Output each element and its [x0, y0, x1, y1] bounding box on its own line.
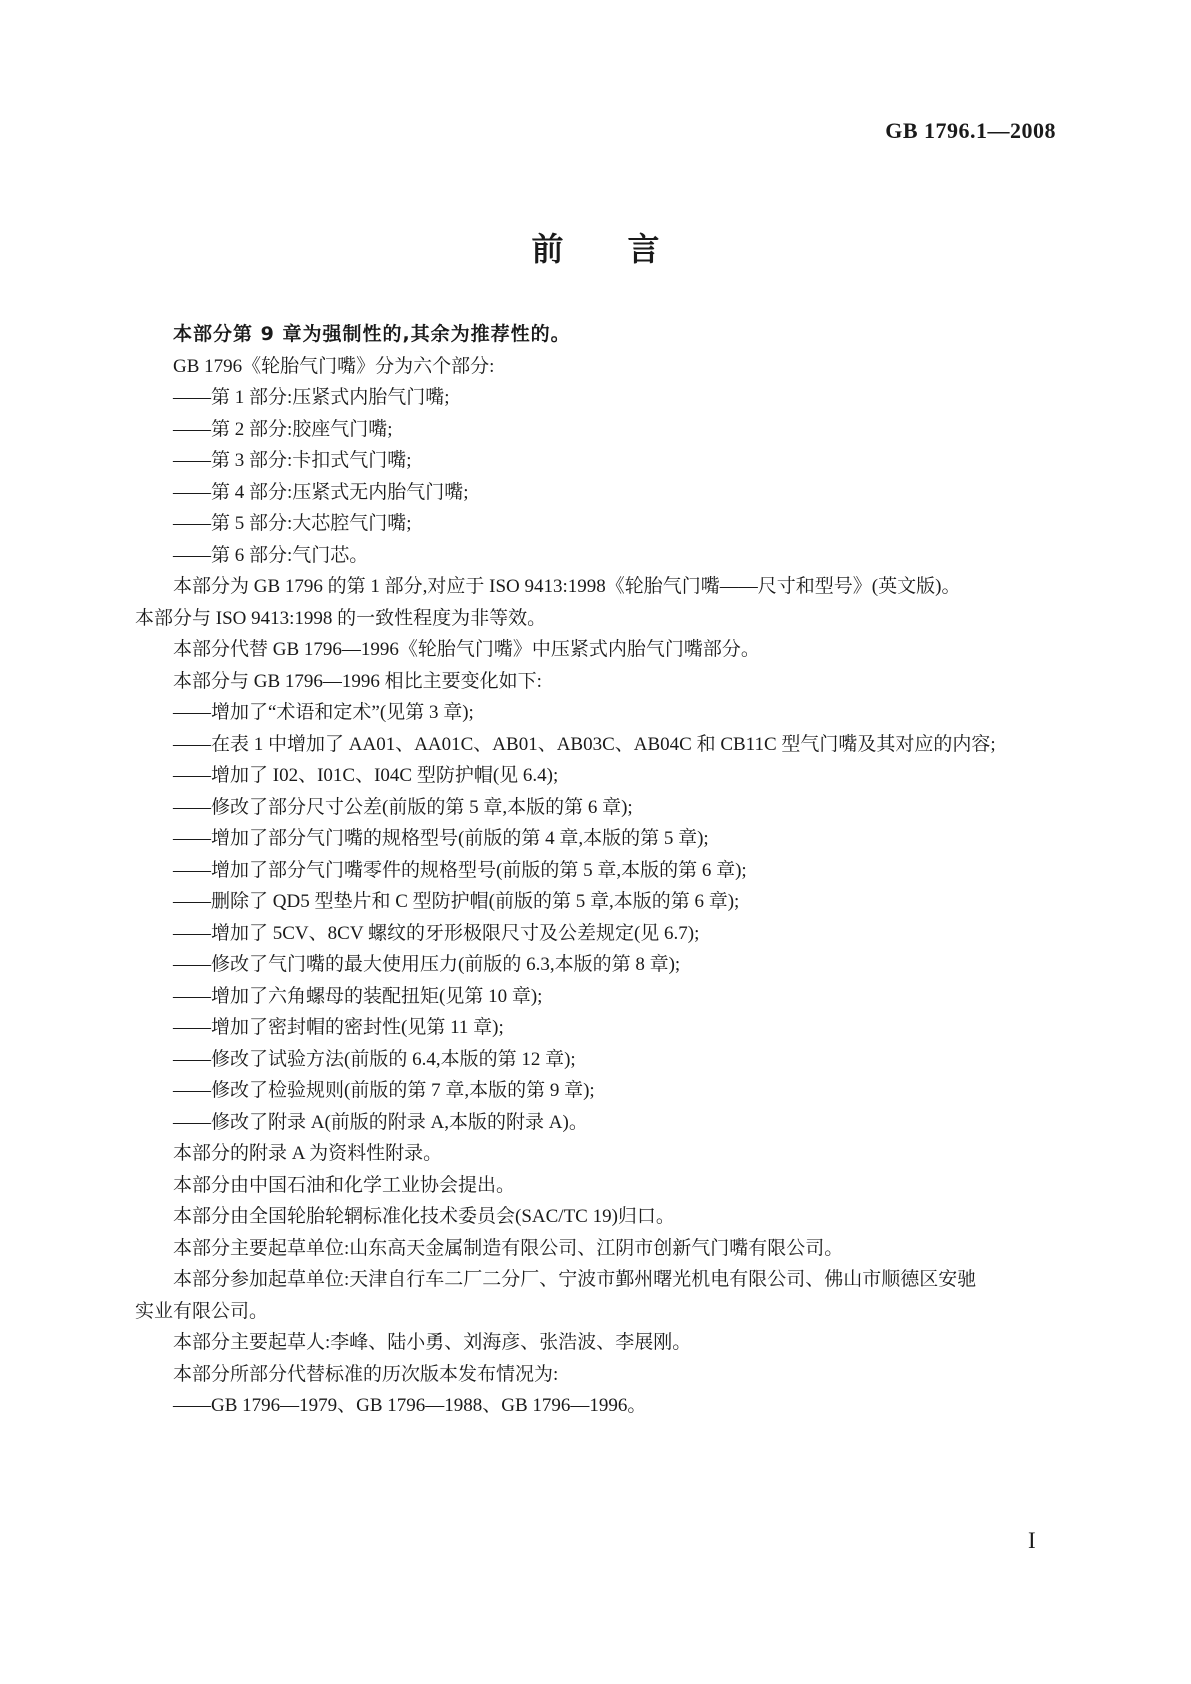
body-line: 本部分主要起草单位:山东高天金属制造有限公司、江阴市创新气门嘴有限公司。	[135, 1233, 1075, 1265]
page-number: I	[1028, 1528, 1036, 1554]
body-line: GB 1796《轮胎气门嘴》分为六个部分:	[135, 351, 1075, 383]
document-page: GB 1796.1—2008 前言 本部分第 9 章为强制性的,其余为推荐性的。…	[0, 0, 1191, 1684]
body-line: ——增加了密封帽的密封性(见第 11 章);	[135, 1012, 1075, 1044]
body-line: 本部分所部分代替标准的历次版本发布情况为:	[135, 1359, 1075, 1391]
body-line: 本部分主要起草人:李峰、陆小勇、刘海彦、张浩波、李展刚。	[135, 1327, 1075, 1359]
body-line: ——增加了 5CV、8CV 螺纹的牙形极限尺寸及公差规定(见 6.7);	[135, 918, 1075, 950]
standard-number: GB 1796.1—2008	[135, 118, 1056, 144]
body-line: 本部分与 GB 1796—1996 相比主要变化如下:	[135, 666, 1075, 698]
body-line: ——修改了检验规则(前版的第 7 章,本版的第 9 章);	[135, 1075, 1075, 1107]
body-line: ——GB 1796—1979、GB 1796—1988、GB 1796—1996…	[135, 1390, 1075, 1422]
body-line: ——第 5 部分:大芯腔气门嘴;	[135, 508, 1075, 540]
body-line: ——增加了部分气门嘴的规格型号(前版的第 4 章,本版的第 5 章);	[135, 823, 1075, 855]
body-line: ——增加了部分气门嘴零件的规格型号(前版的第 5 章,本版的第 6 章);	[135, 855, 1075, 887]
body-line: ——修改了试验方法(前版的 6.4,本版的第 12 章);	[135, 1044, 1075, 1076]
body-line: 本部分的附录 A 为资料性附录。	[135, 1138, 1075, 1170]
body-line: 本部分为 GB 1796 的第 1 部分,对应于 ISO 9413:1998《轮…	[135, 571, 1075, 603]
body-line: ——增加了“术语和定术”(见第 3 章);	[135, 697, 1075, 729]
body-line: ——第 3 部分:卡扣式气门嘴;	[135, 445, 1075, 477]
body-line: ——第 1 部分:压紧式内胎气门嘴;	[135, 382, 1075, 414]
body-line: ——第 2 部分:胶座气门嘴;	[135, 414, 1075, 446]
body-line: ——增加了六角螺母的装配扭矩(见第 10 章);	[135, 981, 1075, 1013]
body-line: 本部分参加起草单位:天津自行车二厂二分厂、宁波市鄞州曙光机电有限公司、佛山市顺德…	[135, 1264, 1075, 1296]
body-line: ——修改了气门嘴的最大使用压力(前版的 6.3,本版的第 8 章);	[135, 949, 1075, 981]
body-line: 本部分与 ISO 9413:1998 的一致性程度为非等效。	[135, 603, 1075, 635]
body-line: ——第 6 部分:气门芯。	[135, 540, 1075, 572]
body-line: 本部分第 9 章为强制性的,其余为推荐性的。	[135, 319, 1075, 351]
body-line: 本部分由全国轮胎轮辋标准化技术委员会(SAC/TC 19)归口。	[135, 1201, 1075, 1233]
page-title: 前言	[135, 224, 1120, 270]
body-line: 本部分代替 GB 1796—1996《轮胎气门嘴》中压紧式内胎气门嘴部分。	[135, 634, 1075, 666]
body-line: ——在表 1 中增加了 AA01、AA01C、AB01、AB03C、AB04C …	[135, 729, 1075, 761]
body-line: ——修改了部分尺寸公差(前版的第 5 章,本版的第 6 章);	[135, 792, 1075, 824]
body-line: 本部分由中国石油和化学工业协会提出。	[135, 1170, 1075, 1202]
body-line: ——删除了 QD5 型垫片和 C 型防护帽(前版的第 5 章,本版的第 6 章)…	[135, 886, 1075, 918]
body-line: 实业有限公司。	[135, 1296, 1075, 1328]
body-line: ——第 4 部分:压紧式无内胎气门嘴;	[135, 477, 1075, 509]
body-line: ——修改了附录 A(前版的附录 A,本版的附录 A)。	[135, 1107, 1075, 1139]
body-line: ——增加了 I02、I01C、I04C 型防护帽(见 6.4);	[135, 760, 1075, 792]
body-text: 本部分第 9 章为强制性的,其余为推荐性的。GB 1796《轮胎气门嘴》分为六个…	[135, 319, 1075, 1422]
